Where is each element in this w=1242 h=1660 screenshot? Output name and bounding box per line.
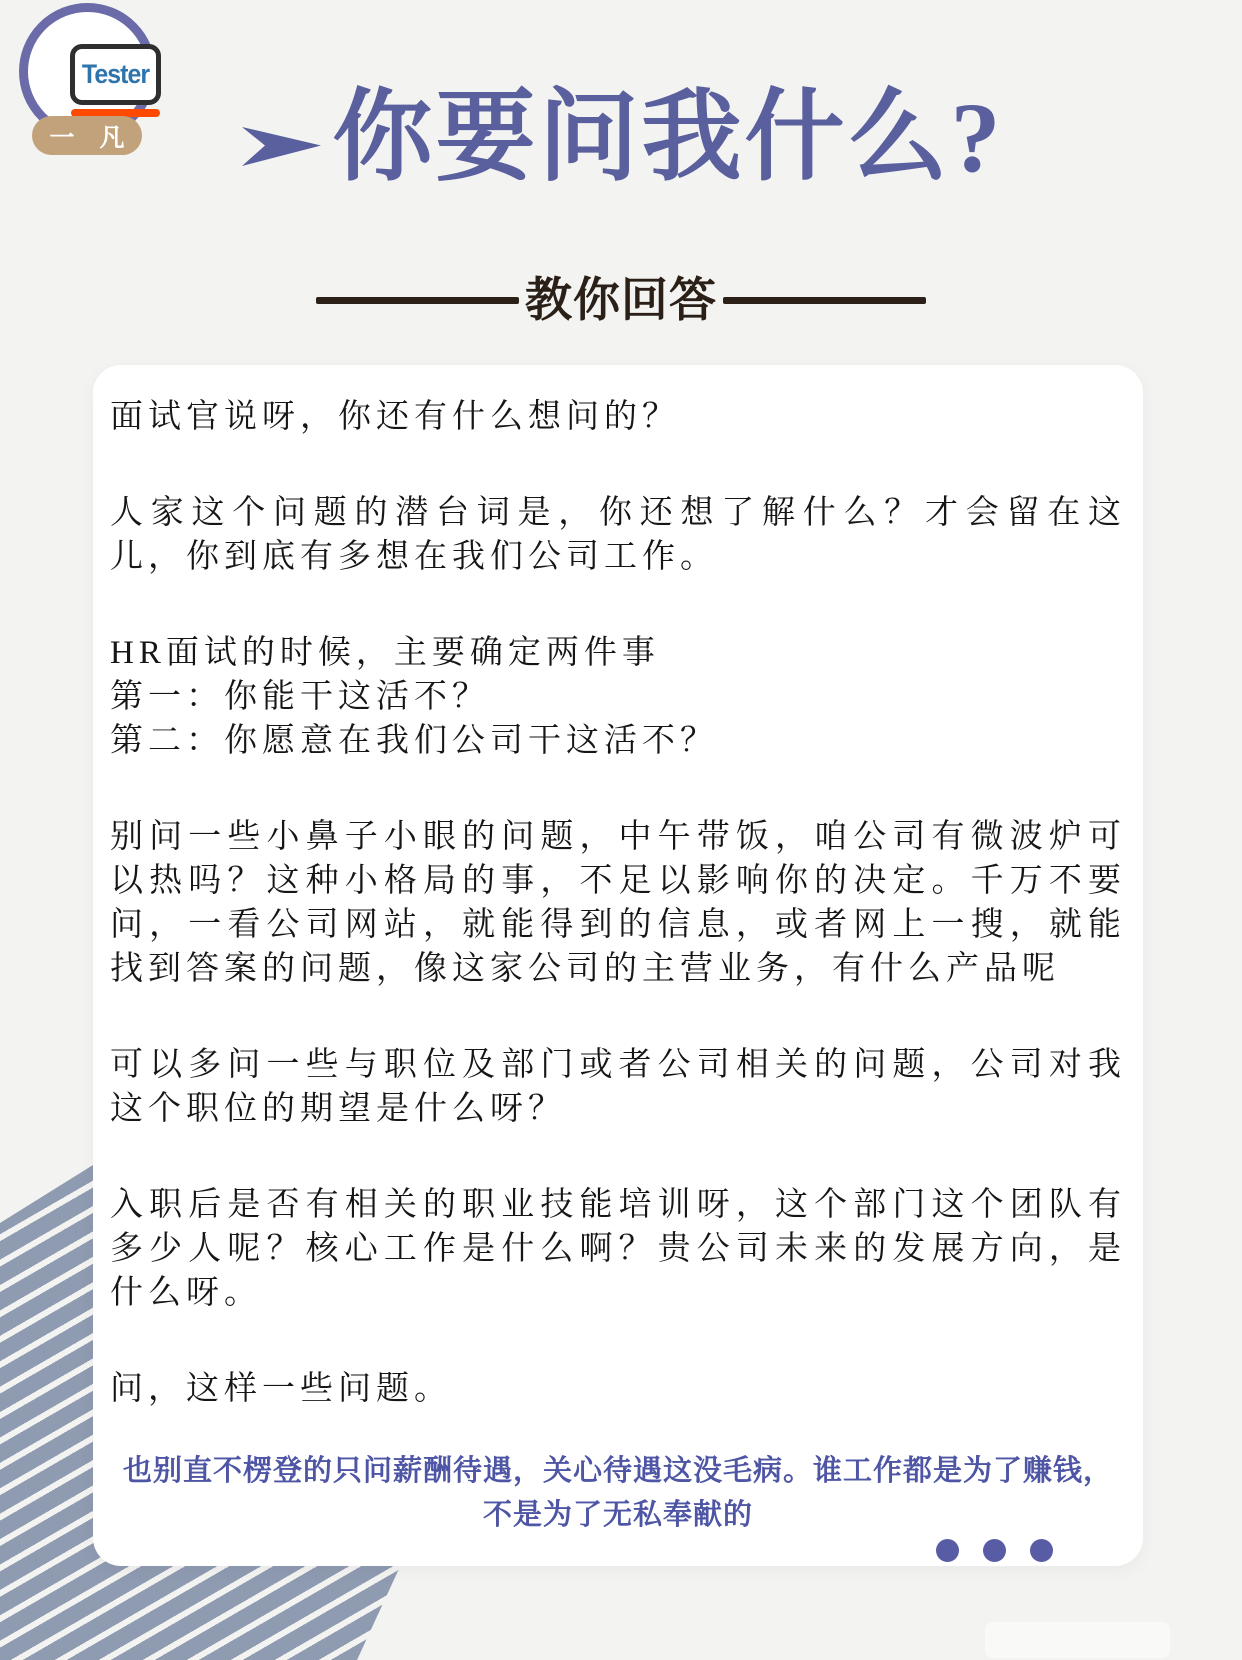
pagination-dot — [1030, 1539, 1053, 1562]
highlight-note: 也别直不楞登的只问薪酬待遇，关心待遇这没毛病。谁工作都是为了赚钱，不是为了无私奉… — [110, 1449, 1126, 1537]
subtitle-left-rule — [316, 297, 519, 304]
tester-logo: Tester 一 凡 — [0, 0, 190, 175]
paragraph-interviewer-question: 面试官说呀，你还有什么想问的？ — [110, 395, 1126, 439]
paragraph-subtext: 人家这个问题的潜台词是，你还想了解什么？才会留在这儿，你到底有多想在我们公司工作… — [110, 491, 1126, 579]
monitor-icon: Tester — [70, 44, 161, 105]
page-subtitle: 教你回答 — [0, 272, 1242, 328]
page-title-text: 你要问我什么? — [333, 82, 1004, 194]
paragraph-ask-position: 可以多问一些与职位及部门或者公司相关的问题，公司对我这个职位的期望是什么呀？ — [110, 1043, 1126, 1131]
logo-name-text: 一 凡 — [50, 118, 134, 154]
watermark — [985, 1622, 1170, 1658]
logo-name-badge: 一 凡 — [32, 116, 142, 155]
arrowhead-right-icon — [239, 122, 323, 169]
page-subtitle-text: 教你回答 — [525, 272, 717, 328]
pagination-dots — [110, 1539, 1126, 1562]
paragraph-ask-training: 入职后是否有相关的职业技能培训呀，这个部门这个团队有多少人呢？核心工作是什么啊？… — [110, 1183, 1126, 1315]
subtitle-right-rule — [723, 297, 926, 304]
content-card: 面试官说呀，你还有什么想问的？ 人家这个问题的潜台词是，你还想了解什么？才会留在… — [93, 365, 1143, 1566]
pagination-dot — [983, 1539, 1006, 1562]
logo-device-label: Tester — [82, 59, 149, 90]
paragraph-dont-ask: 别问一些小鼻子小眼的问题，中午带饭，咱公司有微波炉可以热吗？这种小格局的事，不足… — [110, 815, 1126, 991]
paragraph-hr-two-things: HR面试的时候，主要确定两件事 第一：你能干这活不？ 第二：你愿意在我们公司干这… — [110, 631, 1126, 763]
paragraph-ask-these: 问，这样一些问题。 — [110, 1367, 1126, 1411]
pagination-dot — [936, 1539, 959, 1562]
poster-page: Tester 一 凡 你要问我什么? 教你回答 面试官说呀，你还有什么想问的？ … — [0, 0, 1242, 1660]
